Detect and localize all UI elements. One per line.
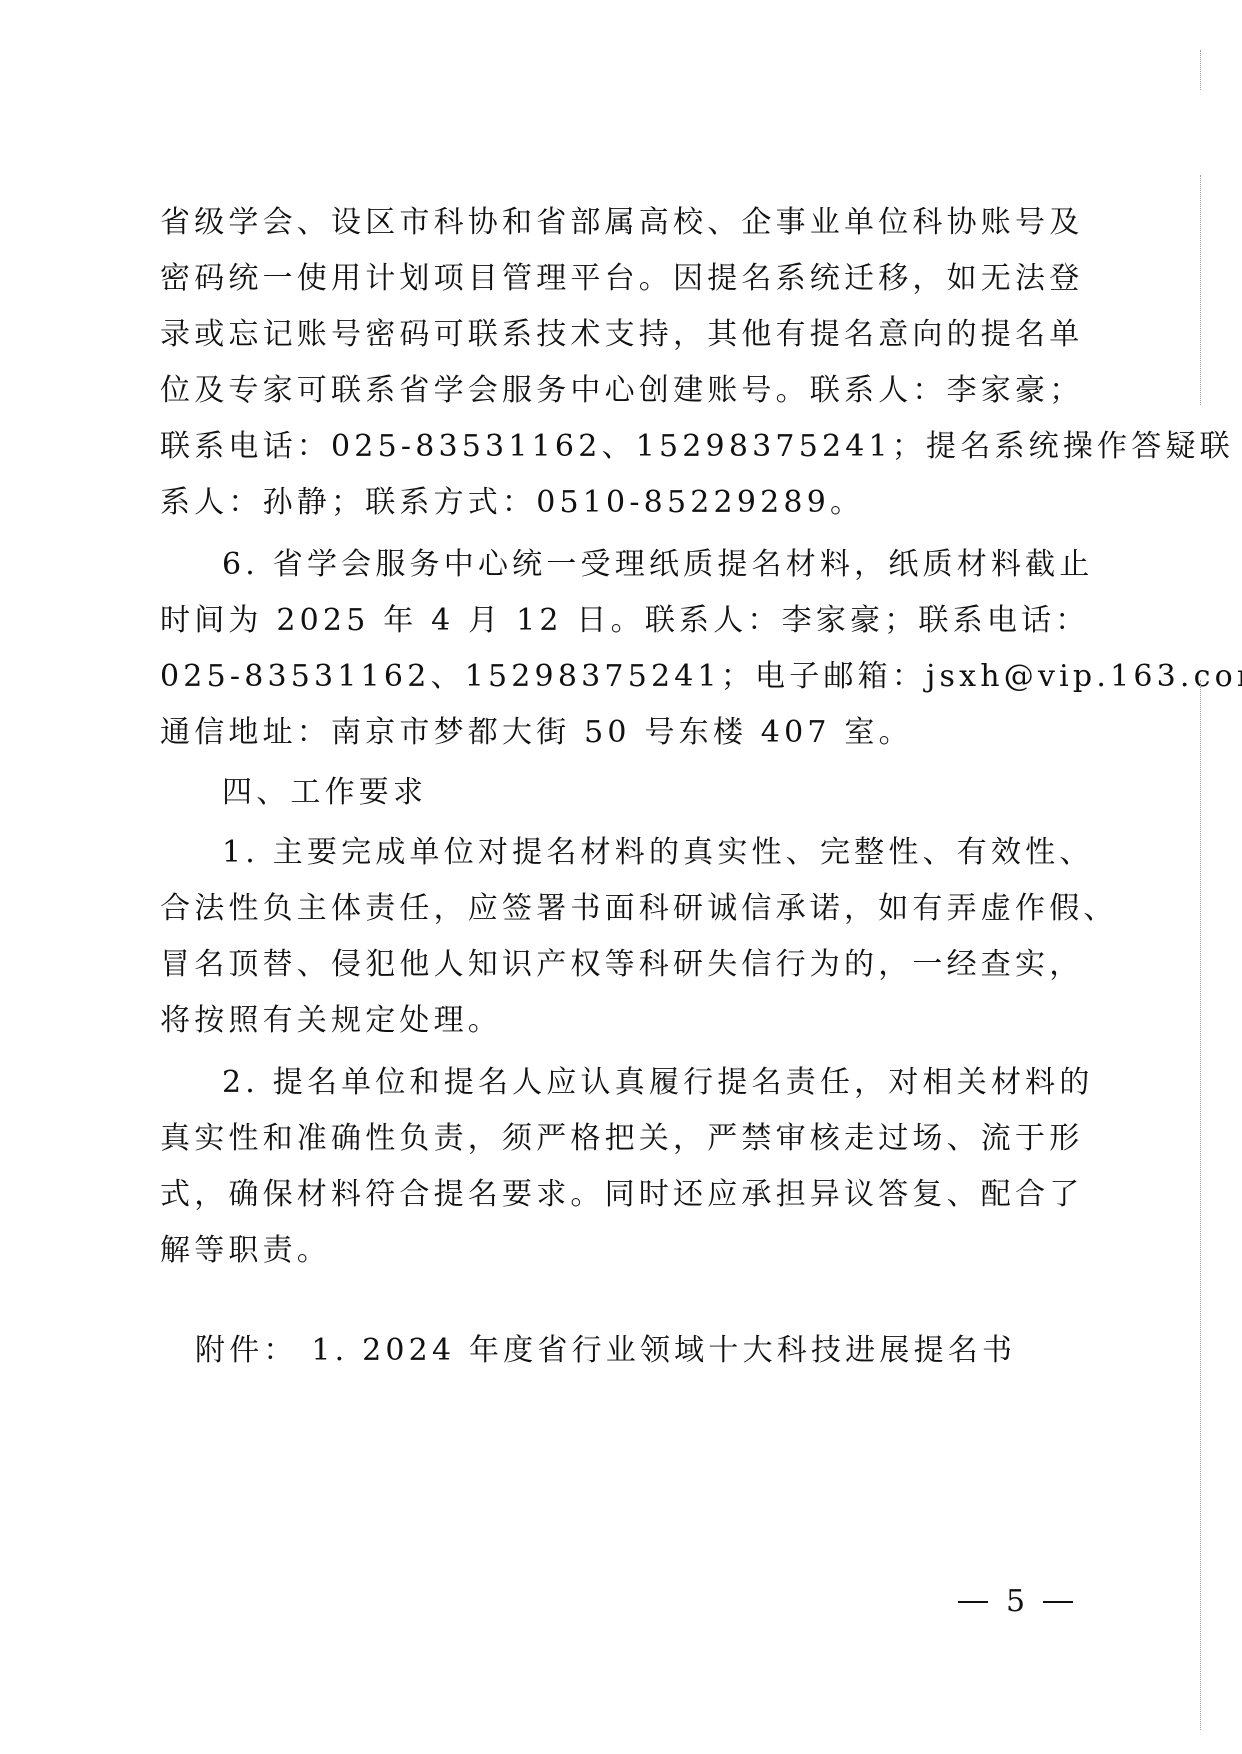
attachment-line: 附件： 1. 2024 年度省行业领域十大科技进展提名书 bbox=[195, 1331, 1095, 1371]
body-text-line: 录或忘记账号密码可联系技术支持，其他有提名意向的提名单 bbox=[160, 315, 1060, 355]
body-text-line: 省级学会、设区市科协和省部属高校、企事业单位科协账号及 bbox=[160, 203, 1060, 243]
page-number-dash-left bbox=[958, 1601, 988, 1603]
body-text-line: 时间为 2025 年 4 月 12 日。联系人：李家豪；联系电话： bbox=[160, 601, 1060, 641]
document-page: 省级学会、设区市科协和省部属高校、企事业单位科协账号及 密码统一使用计划项目管理… bbox=[0, 0, 1242, 1754]
scan-edge-mark bbox=[1200, 50, 1202, 90]
paragraph-6-start: 6. 省学会服务中心统一受理纸质提名材料，纸质材料截止 bbox=[222, 545, 1122, 585]
body-text-line: 将按照有关规定处理。 bbox=[160, 1001, 1060, 1041]
body-text-line: 通信地址：南京市梦都大街 50 号东楼 407 室。 bbox=[160, 713, 1060, 753]
body-text-line: 解等职责。 bbox=[160, 1231, 1060, 1271]
page-number: 5 bbox=[958, 1584, 1073, 1619]
body-text-line: 系人：孙静；联系方式：0510-85229289。 bbox=[160, 483, 1060, 523]
paragraph-1-start: 1. 主要完成单位对提名材料的真实性、完整性、有效性、 bbox=[222, 833, 1122, 873]
scan-edge-mark bbox=[1200, 175, 1202, 405]
body-text-line: 联系电话：025-83531162、15298375241；提名系统操作答疑联 bbox=[160, 427, 1060, 467]
page-number-value: 5 bbox=[1006, 1584, 1025, 1619]
body-text-line: 式，确保材料符合提名要求。同时还应承担异议答复、配合了 bbox=[160, 1175, 1060, 1215]
page-number-dash-right bbox=[1043, 1601, 1073, 1603]
body-text-line: 真实性和准确性负责，须严格把关，严禁审核走过场、流于形 bbox=[160, 1119, 1060, 1159]
scan-edge-mark bbox=[1200, 680, 1202, 1730]
body-text-line: 合法性负主体责任，应签署书面科研诚信承诺，如有弄虚作假、 bbox=[160, 889, 1060, 929]
body-text-line: 冒名顶替、侵犯他人知识产权等科研失信行为的，一经查实， bbox=[160, 945, 1060, 985]
body-text-line: 位及专家可联系省学会服务中心创建账号。联系人：李家豪； bbox=[160, 371, 1060, 411]
body-text-line: 密码统一使用计划项目管理平台。因提名系统迁移，如无法登 bbox=[160, 259, 1060, 299]
paragraph-2-start: 2. 提名单位和提名人应认真履行提名责任，对相关材料的 bbox=[222, 1063, 1122, 1103]
body-text-line: 025-83531162、15298375241；电子邮箱：jsxh@vip.1… bbox=[160, 657, 1060, 697]
section-heading-work-requirements: 四、工作要求 bbox=[222, 773, 1122, 813]
